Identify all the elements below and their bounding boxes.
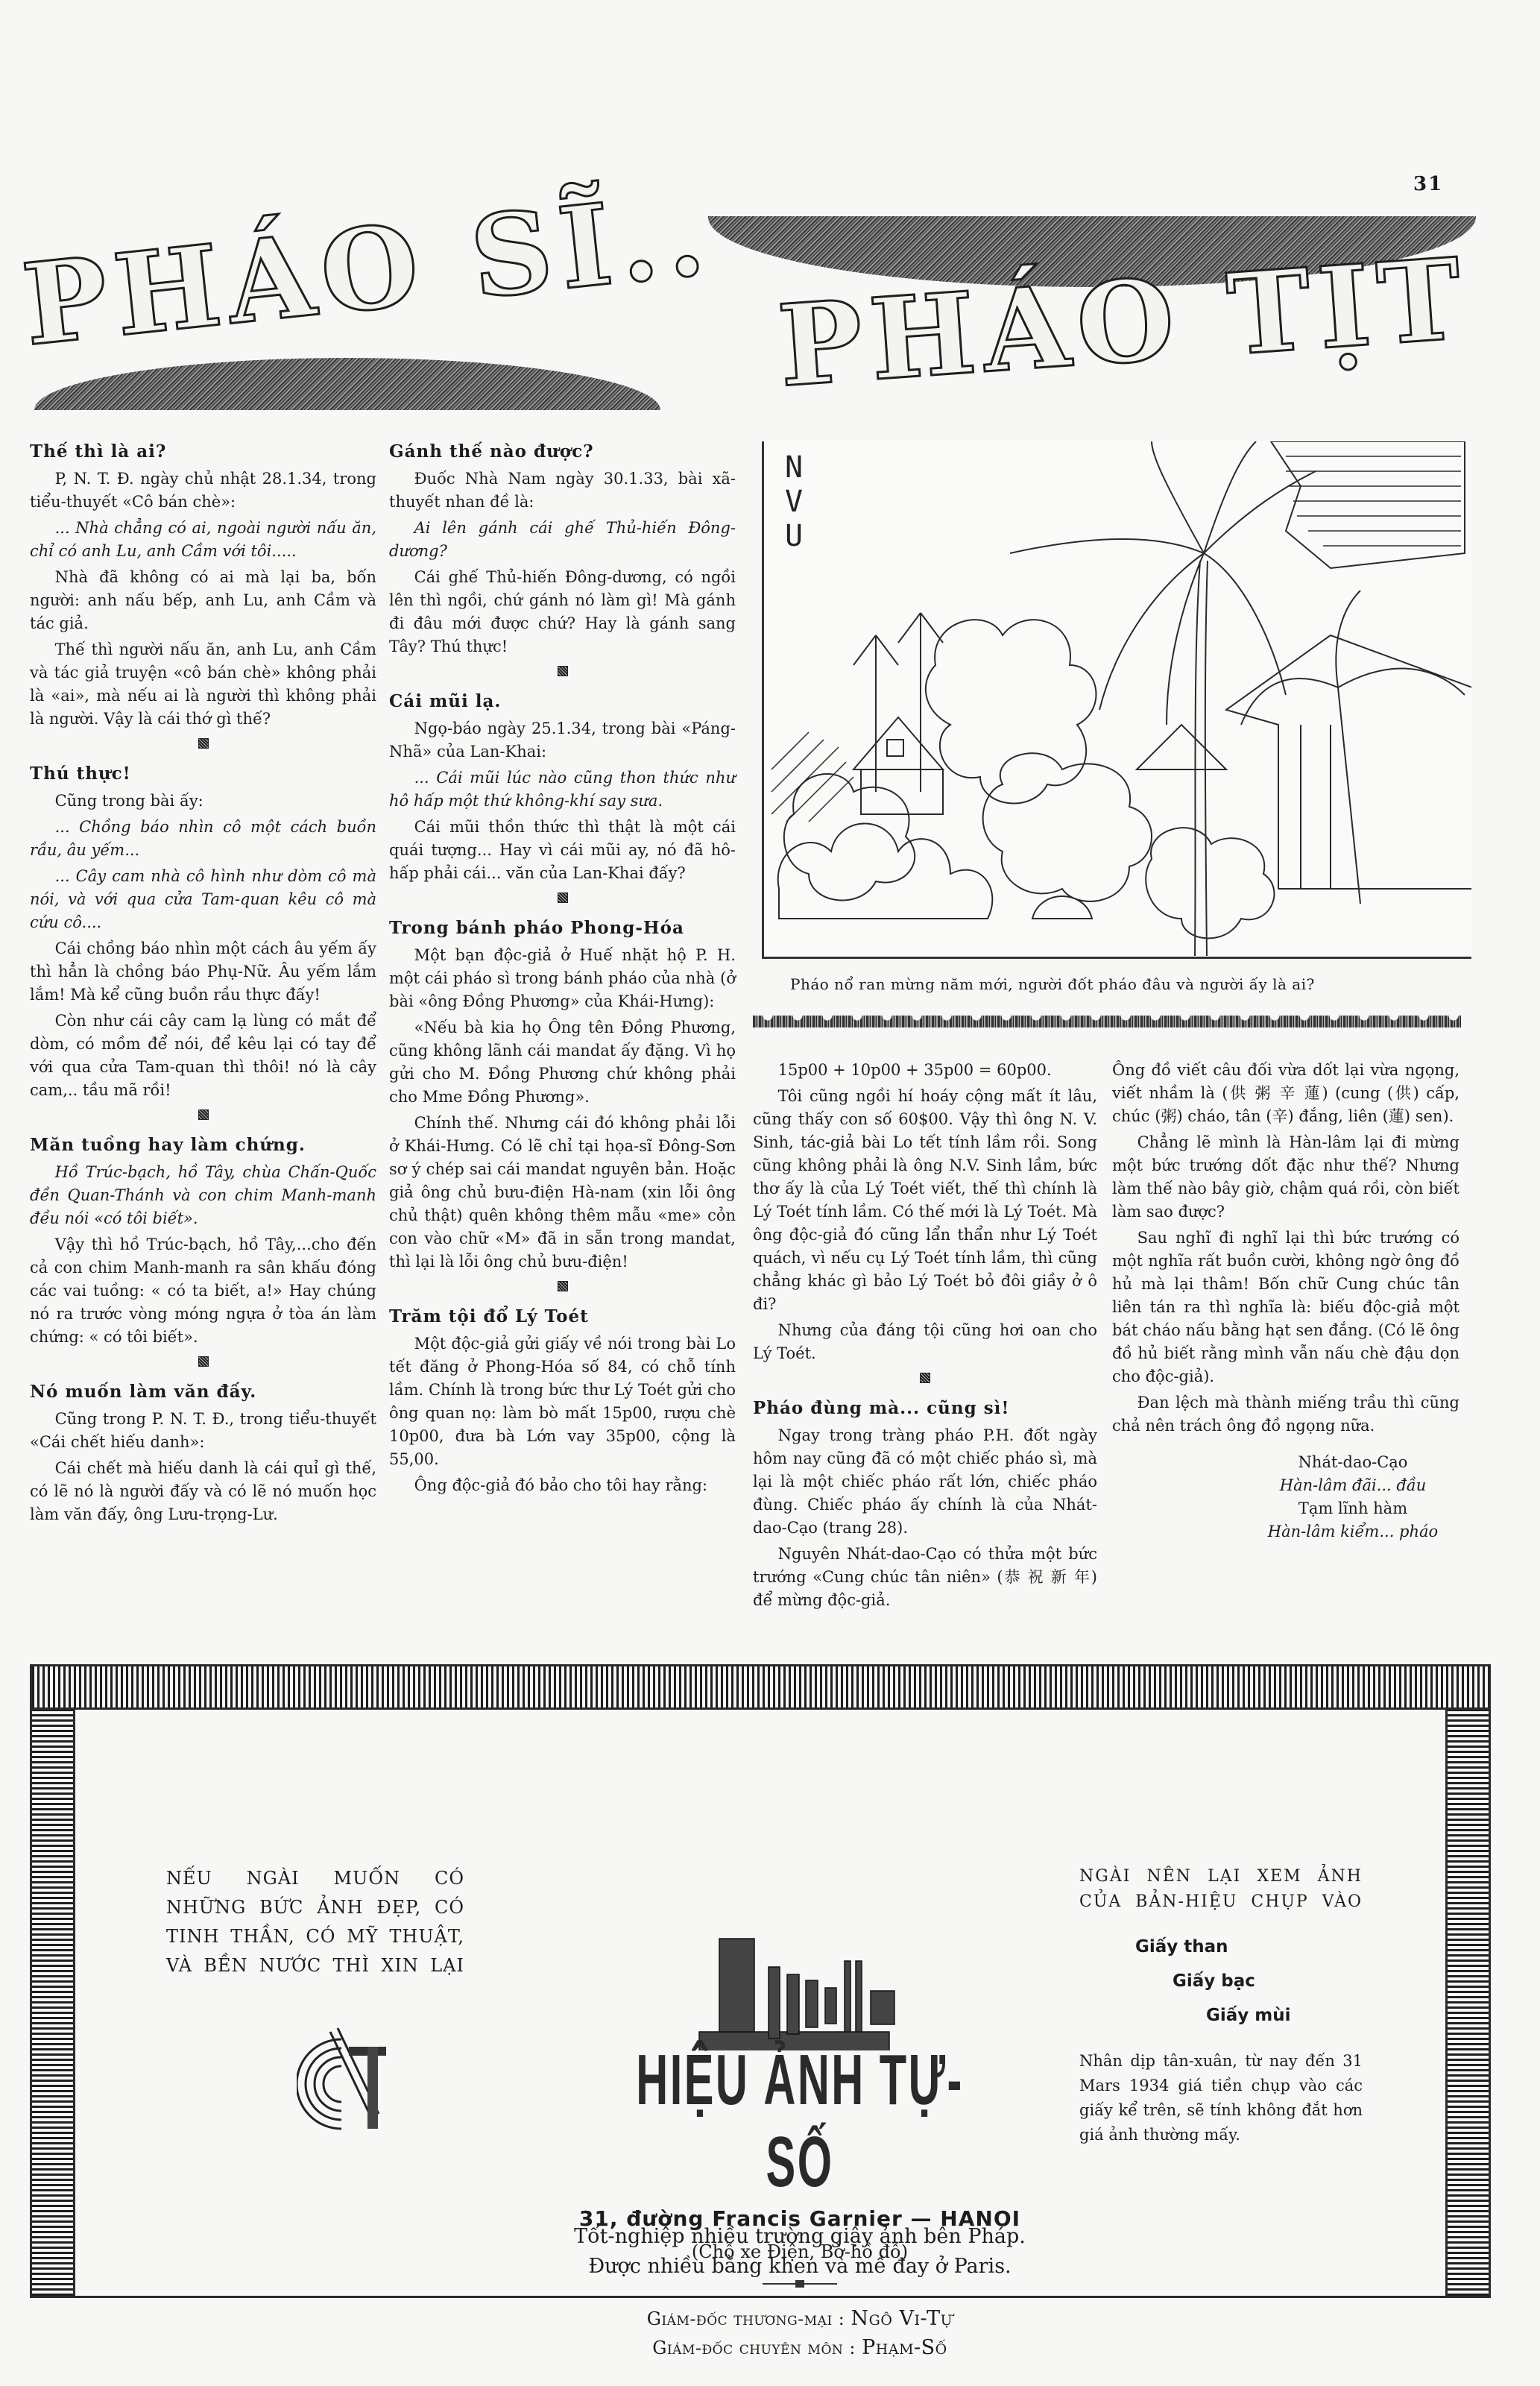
masthead-title-left: PHÁO SĨ.. [18,178,716,362]
section-heading: Trong bánh pháo Phong-Hóa [389,916,736,939]
quote: Ai lên gánh cái ghế Thủ-hiến Đông-dương? [389,517,736,563]
paragraph: Nhưng của đáng tội cũng hơi oan cho Lý T… [753,1319,1097,1365]
section-heading: Thú thực! [30,762,376,785]
masthead: PHÁO SĨ.. PHÁO TỊT [30,209,1491,432]
page-number: 31 [1413,173,1443,195]
section-heading: Pháo đùng mà... cũng sì! [753,1397,1097,1420]
section-heading: Cái mũi lạ. [389,690,736,713]
quote: ... Cái mũi lúc nào cũng thon thức như h… [389,767,736,813]
section-heading: Thế thì là ai? [30,440,376,463]
advertisement-box: NẾU NGÀI MUỐN CÓ NHỮNG BỨC ẢNH ĐẸP, CÓ T… [30,1664,1491,2298]
equation: 15p00 + 10p00 + 35p00 = 60p00. [753,1059,1097,1082]
illustration: NVU [762,441,1471,959]
studio-monogram-logo-icon [297,2024,394,2136]
ad-border-hatch [32,1710,75,2296]
studio-bars-logo-icon [688,1924,912,2050]
paragraph: Thế thì người nấu ăn, anh Lu, anh Cầm và… [30,638,376,731]
paragraph: Nhà đã không có ai mà lại ba, bốn người:… [30,566,376,635]
paragraph: Chính thế. Nhưng cái đó không phải lỗi ở… [389,1112,736,1274]
paragraph: Cái chồng báo nhìn một cách âu yếm ấy th… [30,937,376,1007]
paper-type: Giấy than [1135,1930,1363,1964]
section-ornament-icon [198,1356,209,1367]
paragraph: P, N. T. Đ. ngày chủ nhật 28.1.34, trong… [30,468,376,514]
section-ornament-icon [198,1109,209,1120]
author-title: Hàn-lâm kiểm... pháo [1246,1520,1459,1543]
paragraph: Sau nghĩ đi nghĩ lại thì bức trướng có m… [1112,1227,1459,1388]
paragraph: Một bạn độc-giả ở Huế nhặt hộ P. H. một … [389,944,736,1013]
paragraph: Ngay trong tràng pháo P.H. đốt ngày hôm … [753,1424,1097,1540]
masthead-ornament-bottom [34,358,660,410]
section-heading: Nó muốn làm văn đấy. [30,1380,376,1403]
author-signature: Nhát-dao-Cạo Hàn-lâm đãi... đầu Tạm lĩnh… [1246,1451,1459,1543]
quote: ... Nhà chẳng có ai, ngoài người nấu ăn,… [30,517,376,563]
ad-right-heading: NGÀI NÊN LẠI XEM ẢNH CỦA BẢN-HIỆU CHỤP V… [1079,1864,1363,1915]
paragraph: Còn như cái cây cam lạ lùng có mắt để dò… [30,1010,376,1102]
ad-footer-line: Tốt-nghiệp nhiều trường giậy ảnh bên Phá… [494,2222,1105,2252]
ad-border-hatch [32,1666,1489,1710]
ad-right-block: NGÀI NÊN LẠI XEM ẢNH CỦA BẢN-HIỆU CHỤP V… [1079,1864,1363,2147]
paper-type: Giấy mùi [1206,1998,1363,2033]
paragraph: Ông độc-giả đó bảo cho tôi hay rằng: [389,1474,736,1497]
quote: Hồ Trúc-bạch, hồ Tây, chùa Chấn-Quốc đền… [30,1161,376,1230]
village-palm-tree-drawing-icon [764,441,1471,959]
section-ornament-icon [920,1373,930,1383]
paragraph: Chẳng lẽ mình là Hàn-lâm lại đi mừng một… [1112,1131,1459,1224]
ad-right-body: Nhân dịp tân-xuân, từ nay đến 31 Mars 19… [1079,2049,1363,2147]
column-1: Thế thì là ai? P, N. T. Đ. ngày chủ nhật… [30,437,376,1529]
ad-divider [763,2283,837,2285]
ad-footer: Tốt-nghiệp nhiều trường giậy ảnh bên Phá… [494,2222,1105,2282]
director-line: Giám-đốc chuyên môn : Phạm-Số [494,2336,1105,2359]
section-ornament-icon [558,893,568,903]
section-ornament-icon [198,738,209,749]
section-ornament-icon [558,666,568,676]
paragraph: Đan lệch mà thành miếng trầu thì cũng ch… [1112,1391,1459,1438]
column-3: 15p00 + 10p00 + 35p00 = 60p00. Tôi cũng … [753,1059,1097,1615]
column-4: Ông đồ viết câu đối vừa dốt lại vừa ngọn… [1112,1059,1459,1543]
column-2: Gánh thế nào được? Đuốc Nhà Nam ngày 30.… [389,437,736,1500]
paragraph: Cũng trong bài ấy: [30,790,376,813]
paragraph: Ngọ-báo ngày 25.1.34, trong bài «Páng-Nh… [389,717,736,764]
author-title: Tạm lĩnh hàm [1246,1497,1459,1520]
quote: ... Cây cam nhà cô hình như dòm cô mà nó… [30,865,376,934]
section-heading: Gánh thế nào được? [389,440,736,463]
section-heading: Trăm tội đổ Lý Toét [389,1305,736,1328]
paragraph: Đuốc Nhà Nam ngày 30.1.33, bài xã-thuyết… [389,468,736,514]
wavy-divider [753,1016,1461,1027]
paragraph: Cái chết mà hiếu danh là cái quỉ gì thế,… [30,1457,376,1526]
section-heading: Măn tuồng hay làm chứng. [30,1133,376,1156]
author-name: Nhát-dao-Cạo [1246,1451,1459,1474]
paragraph: Cái ghế Thủ-hiến Đông-dương, có ngồi lên… [389,566,736,658]
illustration-caption: Pháo nổ ran mừng năm mới, người đốt pháo… [790,975,1315,993]
ad-left-text: NẾU NGÀI MUỐN CÓ NHỮNG BỨC ẢNH ĐẸP, CÓ T… [166,1864,464,1980]
ad-center-block: HIỆU ẢNH TỰ-SỐ 31, đường Francis Garnier… [494,2039,1105,2359]
paper-type: Giấy bạc [1173,1964,1363,1998]
section-ornament-icon [558,1281,568,1291]
paragraph: Một độc-giả gửi giấy về nói trong bài Lo… [389,1332,736,1471]
director-line: Giám-đốc thương-mại : Ngô Vi-Tự [494,2307,1105,2330]
paragraph: Cái mũi thồn thức thì thật là một cái qu… [389,816,736,885]
paragraph: Vậy thì hồ Trúc-bạch, hồ Tây,...cho đến … [30,1233,376,1349]
ad-footer-line: Được nhiều bằng khen và mề đay ở Paris. [494,2252,1105,2282]
paragraph: «Nếu bà kia họ Ông tên Đồng Phương, cũng… [389,1016,736,1109]
quote: ... Chồng báo nhìn cô một cách buồn rầu,… [30,816,376,862]
paragraph: Tôi cũng ngồi hí hoáy cộng mất ít lâu, c… [753,1085,1097,1316]
author-title: Hàn-lâm đãi... đầu [1246,1474,1459,1497]
paragraph: Nguyên Nhát-dao-Cạo có thửa một bức trướ… [753,1543,1097,1612]
studio-name: HIỆU ẢNH TỰ-SỐ [610,2039,989,2203]
paragraph: Cũng trong P. N. T. Đ., trong tiểu-thuyế… [30,1408,376,1454]
ad-border-hatch [1445,1710,1489,2296]
paragraph: Ông đồ viết câu đối vừa dốt lại vừa ngọn… [1112,1059,1459,1128]
